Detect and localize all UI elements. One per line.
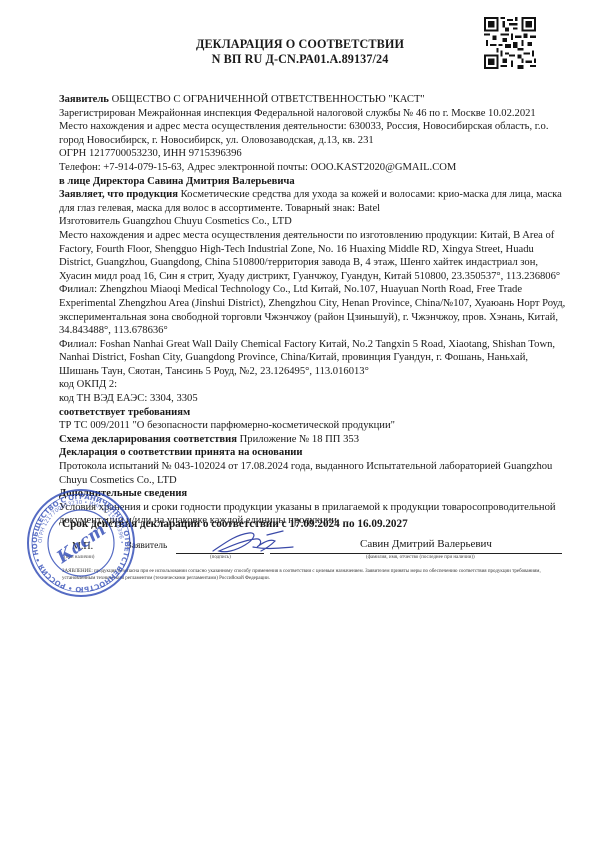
document-title: ДЕКЛАРАЦИЯ О СООТВЕТСТВИИ N ВП RU Д-CN.Р… (0, 37, 600, 66)
title-line-1: ДЕКЛАРАЦИЯ О СООТВЕТСТВИИ (0, 37, 600, 52)
declaration-body: Заявитель ОБЩЕСТВО С ОГРАНИЧЕННОЙ ОТВЕТС… (59, 93, 569, 528)
applicant-address: Место нахождения и адрес места осуществл… (59, 120, 569, 147)
manufacturer-address: Место нахождения и адрес места осуществл… (59, 229, 569, 283)
branch-1: Филиал: Zhengzhou Miaoqi Medical Technol… (59, 283, 569, 337)
okpd-code: код ОКПД 2: (59, 378, 569, 392)
tnved-code: код ТН ВЭД ЕАЭС: 3304, 3305 (59, 392, 569, 406)
company-stamp-icon: ОБЩЕСТВО С ОГРАНИЧЕННОЙ ОТВЕТСТВЕННОСТЬЮ… (25, 487, 137, 599)
scheme-value: Приложение № 18 ПП 353 (240, 434, 359, 445)
scheme-line: Схема декларирования соответствия Прилож… (59, 433, 569, 447)
product-line: Заявляет, что продукция Косметические ср… (59, 188, 569, 215)
applicant-representative: в лице Директора Савина Дмитрия Валерьев… (59, 175, 569, 189)
declaration-number: N ВП RU Д-CN.РА01.А.89137/24 (0, 52, 600, 67)
svg-text:Каст: Каст (53, 520, 110, 568)
applicant-label: Заявитель (59, 94, 109, 105)
branch-2: Филиал: Foshan Nanhai Great Wall Daily C… (59, 338, 569, 379)
declaration-page: ДЕКЛАРАЦИЯ О СООТВЕТСТВИИ N ВП RU Д-CN.Р… (0, 0, 600, 850)
applicant-contacts: Телефон: +7-914-079-15-63, Адрес электро… (59, 161, 569, 175)
compliance-regulation: ТР ТС 009/2011 "О безопасности парфюмерн… (59, 419, 569, 433)
compliance-label: соответствует требованиям (59, 406, 569, 420)
applicant-line: Заявитель ОБЩЕСТВО С ОГРАНИЧЕННОЙ ОТВЕТС… (59, 93, 569, 107)
signatory-name-sublabel: (фамилия, имя, отчество (последнее при н… (366, 555, 475, 560)
product-label: Заявляет, что продукция (59, 189, 178, 200)
signatory-name: Савин Дмитрий Валерьевич (360, 538, 492, 550)
name-line (270, 553, 562, 554)
scheme-label: Схема декларирования соответствия (59, 434, 237, 445)
manufacturer: Изготовитель Guangzhou Chuyu Cosmetics C… (59, 215, 569, 229)
declaration-note: ЗАЯВЛЕНИЕ: продукция безопасна при ее ис… (62, 568, 562, 582)
applicant-registration: Зарегистрирован Межрайонная инспекция Фе… (59, 107, 569, 121)
applicant-name: ОБЩЕСТВО С ОГРАНИЧЕННОЙ ОТВЕТСТВЕННОСТЬЮ… (112, 94, 425, 105)
basis-text: Протокола испытаний № 043-102024 от 17.0… (59, 460, 569, 487)
basis-label: Декларация о соответствии принята на осн… (59, 446, 569, 460)
applicant-ids: ОГРН 1217700053230, ИНН 9715396396 (59, 147, 569, 161)
handwritten-signature-icon (205, 529, 295, 557)
